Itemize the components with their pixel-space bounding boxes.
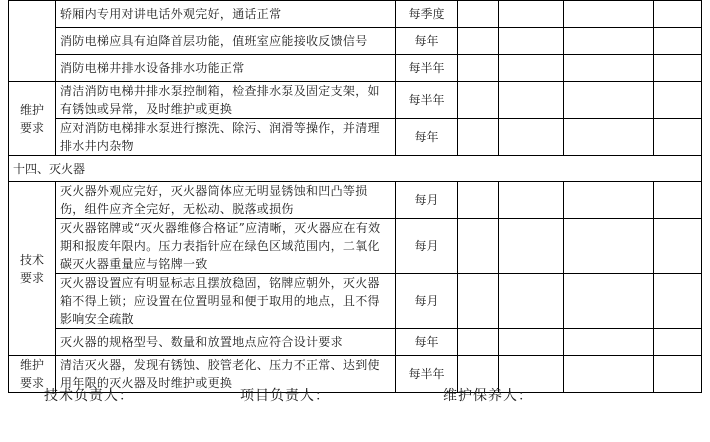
item-cell: 轿厢内专用对讲电话外观完好，通话正常 — [56, 1, 396, 28]
blank-cell[interactable] — [654, 82, 702, 119]
table-row: 消防电梯应具有迫降首层功能，值班室应能接收反馈信号 每年 — [9, 28, 702, 55]
table-row: 技术要求 灭火器外观应完好，灭火器筒体应无明显锈蚀和凹凸等损伤，组件应齐全完好，… — [9, 182, 702, 219]
blank-cell[interactable] — [564, 182, 654, 219]
blank-cell[interactable] — [499, 182, 564, 219]
maintenance-checklist-table: 轿厢内专用对讲电话外观完好，通话正常 每季度 消防电梯应具有迫降首层功能，值班室… — [8, 0, 702, 393]
item-cell: 灭火器外观应完好，灭火器筒体应无明显锈蚀和凹凸等损伤，组件应齐全完好，无松动、脱… — [56, 182, 396, 219]
blank-cell[interactable] — [564, 274, 654, 329]
blank-cell[interactable] — [654, 1, 702, 28]
blank-cell[interactable] — [458, 329, 499, 356]
blank-cell[interactable] — [564, 82, 654, 119]
table-row: 消防电梯井排水设备排水功能正常 每半年 — [9, 55, 702, 82]
blank-cell[interactable] — [654, 219, 702, 274]
blank-cell[interactable] — [564, 329, 654, 356]
blank-cell[interactable] — [458, 182, 499, 219]
blank-cell[interactable] — [654, 182, 702, 219]
blank-cell[interactable] — [564, 28, 654, 55]
blank-cell[interactable] — [458, 82, 499, 119]
table-row: 维护要求 清洁消防电梯井排水泵控制箱，检查排水泵及固定支架，如有锈蚀或异常，及时… — [9, 82, 702, 119]
blank-cell[interactable] — [458, 219, 499, 274]
frequency-cell: 每半年 — [396, 82, 458, 119]
blank-cell[interactable] — [499, 219, 564, 274]
blank-cell[interactable] — [458, 28, 499, 55]
blank-cell[interactable] — [499, 28, 564, 55]
blank-cell[interactable] — [564, 119, 654, 156]
blank-cell[interactable] — [564, 219, 654, 274]
blank-cell[interactable] — [654, 356, 702, 393]
maintainer-signature-label: 维护保养人： — [443, 385, 533, 405]
item-cell: 灭火器设置应有明显标志且摆放稳固，铭牌应朝外，灭火器箱不得上锁；应设置在位置明显… — [56, 274, 396, 329]
item-cell: 灭火器的规格型号、数量和放置地点应符合设计要求 — [56, 329, 396, 356]
blank-cell[interactable] — [499, 119, 564, 156]
blank-cell[interactable] — [564, 55, 654, 82]
item-cell: 消防电梯应具有迫降首层功能，值班室应能接收反馈信号 — [56, 28, 396, 55]
frequency-cell: 每季度 — [396, 1, 458, 28]
frequency-cell: 每半年 — [396, 55, 458, 82]
section-row: 十四、灭火器 — [9, 156, 702, 182]
frequency-cell: 每月 — [396, 274, 458, 329]
blank-cell[interactable] — [458, 119, 499, 156]
blank-cell[interactable] — [458, 274, 499, 329]
blank-cell[interactable] — [654, 119, 702, 156]
blank-cell[interactable] — [654, 28, 702, 55]
category-cell — [9, 1, 56, 82]
frequency-cell: 每年 — [396, 28, 458, 55]
category-cell: 技术要求 — [9, 182, 56, 356]
category-cell: 维护要求 — [9, 82, 56, 156]
project-lead-signature-label: 项目负责人： — [240, 385, 330, 405]
blank-cell[interactable] — [564, 1, 654, 28]
blank-cell[interactable] — [654, 329, 702, 356]
table-row: 灭火器的规格型号、数量和放置地点应符合设计要求 每年 — [9, 329, 702, 356]
blank-cell[interactable] — [458, 1, 499, 28]
blank-cell[interactable] — [499, 82, 564, 119]
table-row: 灭火器铭牌或“灭火器维修合格证”应清晰，灭火器应在有效期和报废年限内。压力表指针… — [9, 219, 702, 274]
blank-cell[interactable] — [654, 55, 702, 82]
frequency-cell: 每年 — [396, 329, 458, 356]
blank-cell[interactable] — [564, 356, 654, 393]
blank-cell[interactable] — [499, 1, 564, 28]
frequency-cell: 每月 — [396, 219, 458, 274]
item-cell: 清洁消防电梯井排水泵控制箱，检查排水泵及固定支架，如有锈蚀或异常，及时维护或更换 — [56, 82, 396, 119]
item-cell: 应对消防电梯排水泵进行擦洗、除污、润滑等操作，并清理排水井内杂物 — [56, 119, 396, 156]
table-row: 应对消防电梯排水泵进行擦洗、除污、润滑等操作，并清理排水井内杂物 每年 — [9, 119, 702, 156]
blank-cell[interactable] — [458, 55, 499, 82]
table-row: 轿厢内专用对讲电话外观完好，通话正常 每季度 — [9, 1, 702, 28]
blank-cell[interactable] — [499, 329, 564, 356]
blank-cell[interactable] — [499, 274, 564, 329]
tech-lead-signature-label: 技术负责人： — [44, 385, 134, 405]
blank-cell[interactable] — [499, 55, 564, 82]
frequency-cell: 每年 — [396, 119, 458, 156]
item-cell: 灭火器铭牌或“灭火器维修合格证”应清晰，灭火器应在有效期和报废年限内。压力表指针… — [56, 219, 396, 274]
table-row: 灭火器设置应有明显标志且摆放稳固，铭牌应朝外，灭火器箱不得上锁；应设置在位置明显… — [9, 274, 702, 329]
section-title: 十四、灭火器 — [9, 156, 702, 182]
item-cell: 消防电梯井排水设备排水功能正常 — [56, 55, 396, 82]
frequency-cell: 每月 — [396, 182, 458, 219]
blank-cell[interactable] — [654, 274, 702, 329]
